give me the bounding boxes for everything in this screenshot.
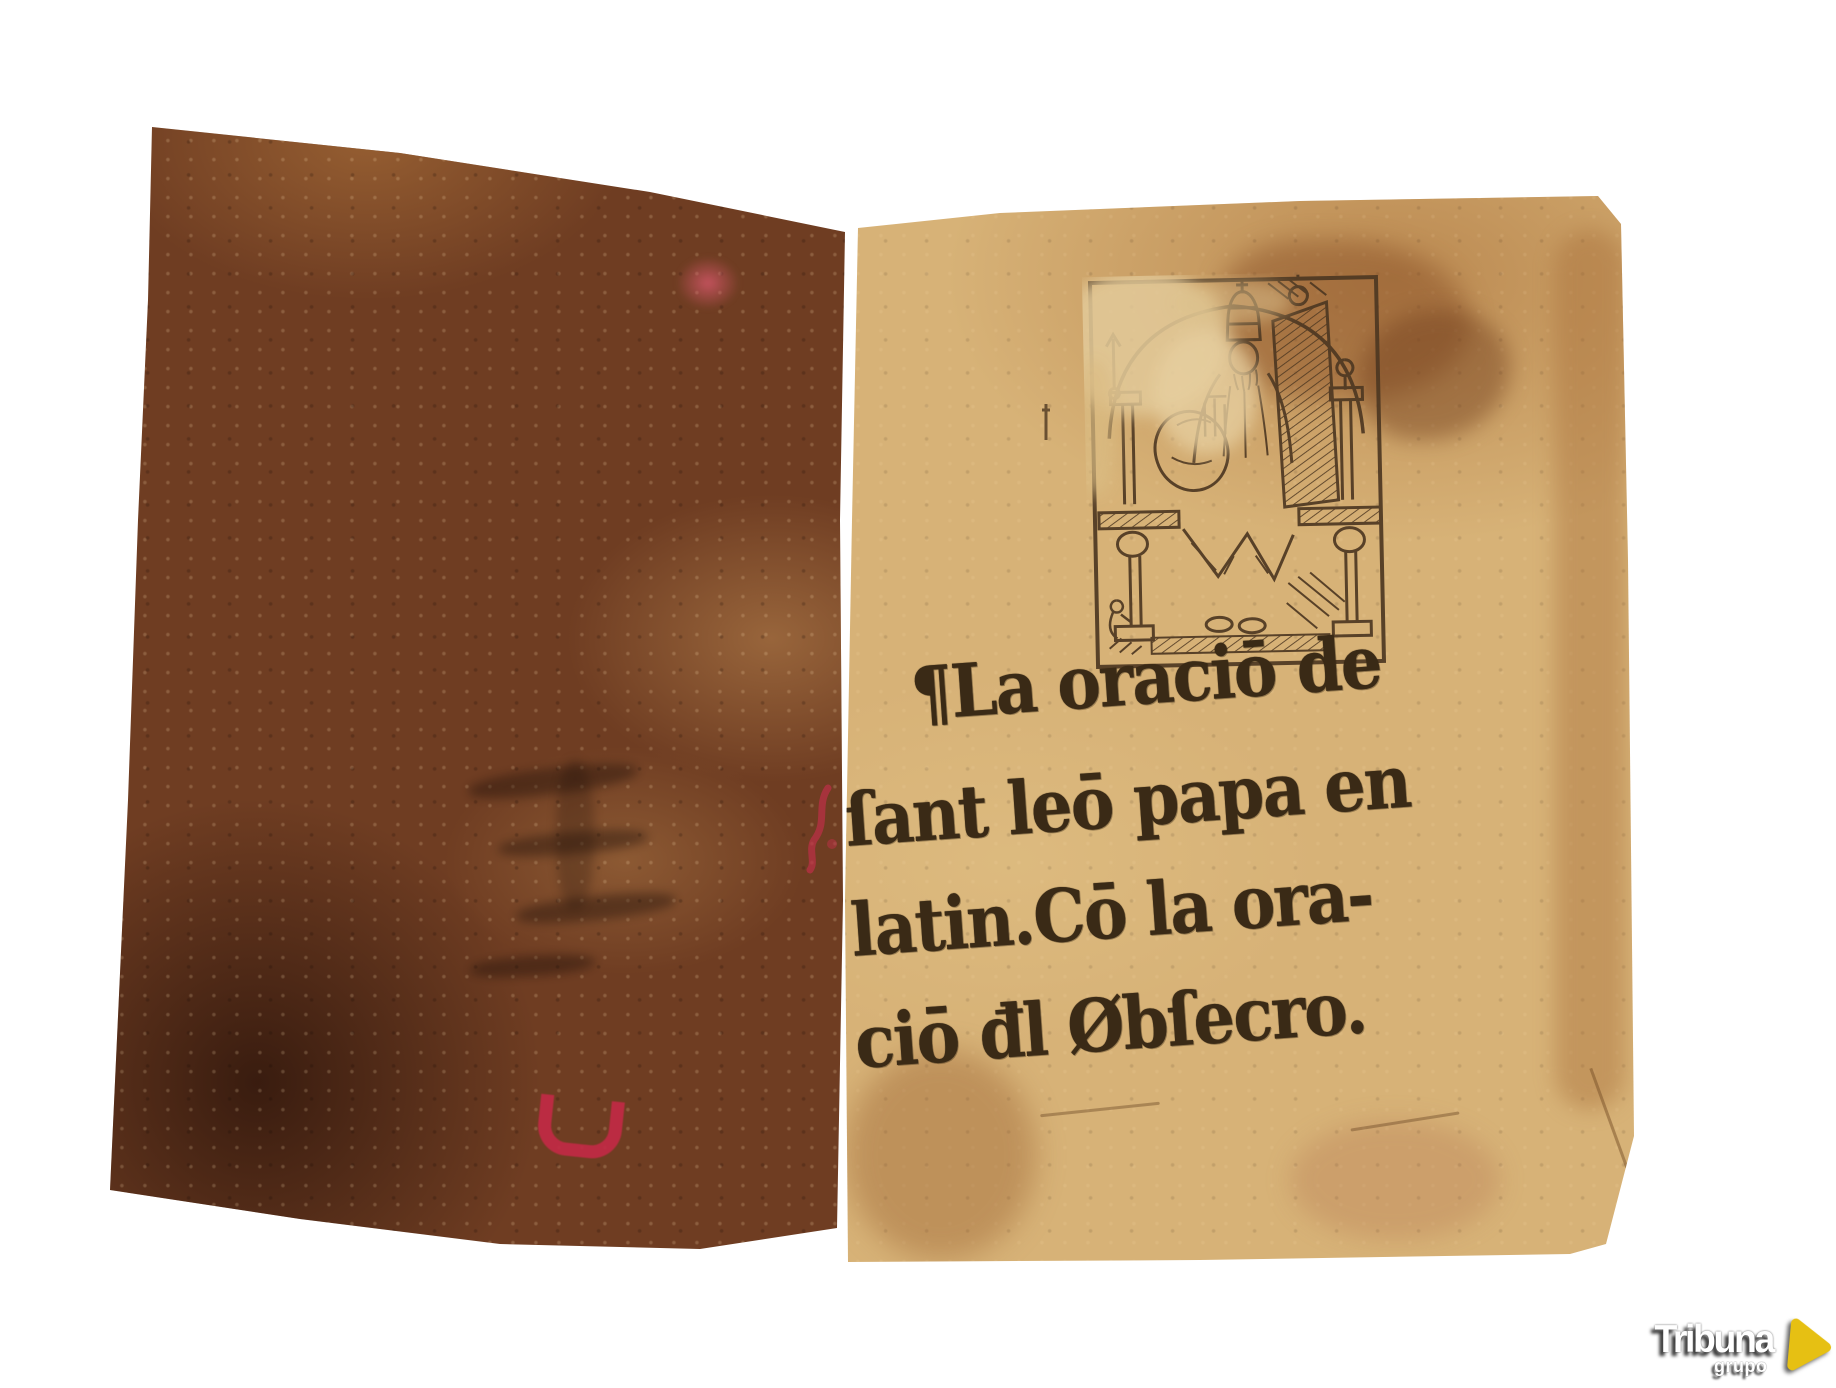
page-corner-crease xyxy=(1589,1068,1636,1191)
play-triangle-icon xyxy=(1783,1315,1836,1379)
title-line-1: ¶La oraciō de xyxy=(908,619,1383,738)
woodcut-pope-enthroned-illustration xyxy=(1082,271,1392,673)
photo-scene: ¶La oraciō de ſant leō papa en latin.Cō … xyxy=(0,0,1836,1388)
stray-ink-mark xyxy=(1040,402,1052,442)
subbrand-text: grupo xyxy=(1714,1356,1768,1377)
title-line-3: latin.Cō la ora- xyxy=(848,852,1375,974)
title-line-4: ciō đl Øbſecro. xyxy=(852,964,1369,1085)
tribuna-watermark: Tribuna grupo xyxy=(1652,1316,1832,1382)
scratch-line xyxy=(1350,1111,1459,1131)
red-u-shaped-mark xyxy=(535,1094,625,1161)
ghost-ink-smudge xyxy=(515,888,677,929)
ghost-ink-smudge xyxy=(469,952,595,981)
scratch-line xyxy=(1040,1102,1160,1118)
stain-overlay xyxy=(1290,1120,1500,1240)
red-ink-squiggle xyxy=(798,784,844,874)
stain-overlay xyxy=(1555,230,1625,1110)
ghost-ink-smudge xyxy=(556,760,594,910)
red-stain-mark xyxy=(676,256,740,310)
ghost-ink-smudge xyxy=(467,758,639,805)
title-line-2: ſant leō papa en xyxy=(842,739,1413,864)
